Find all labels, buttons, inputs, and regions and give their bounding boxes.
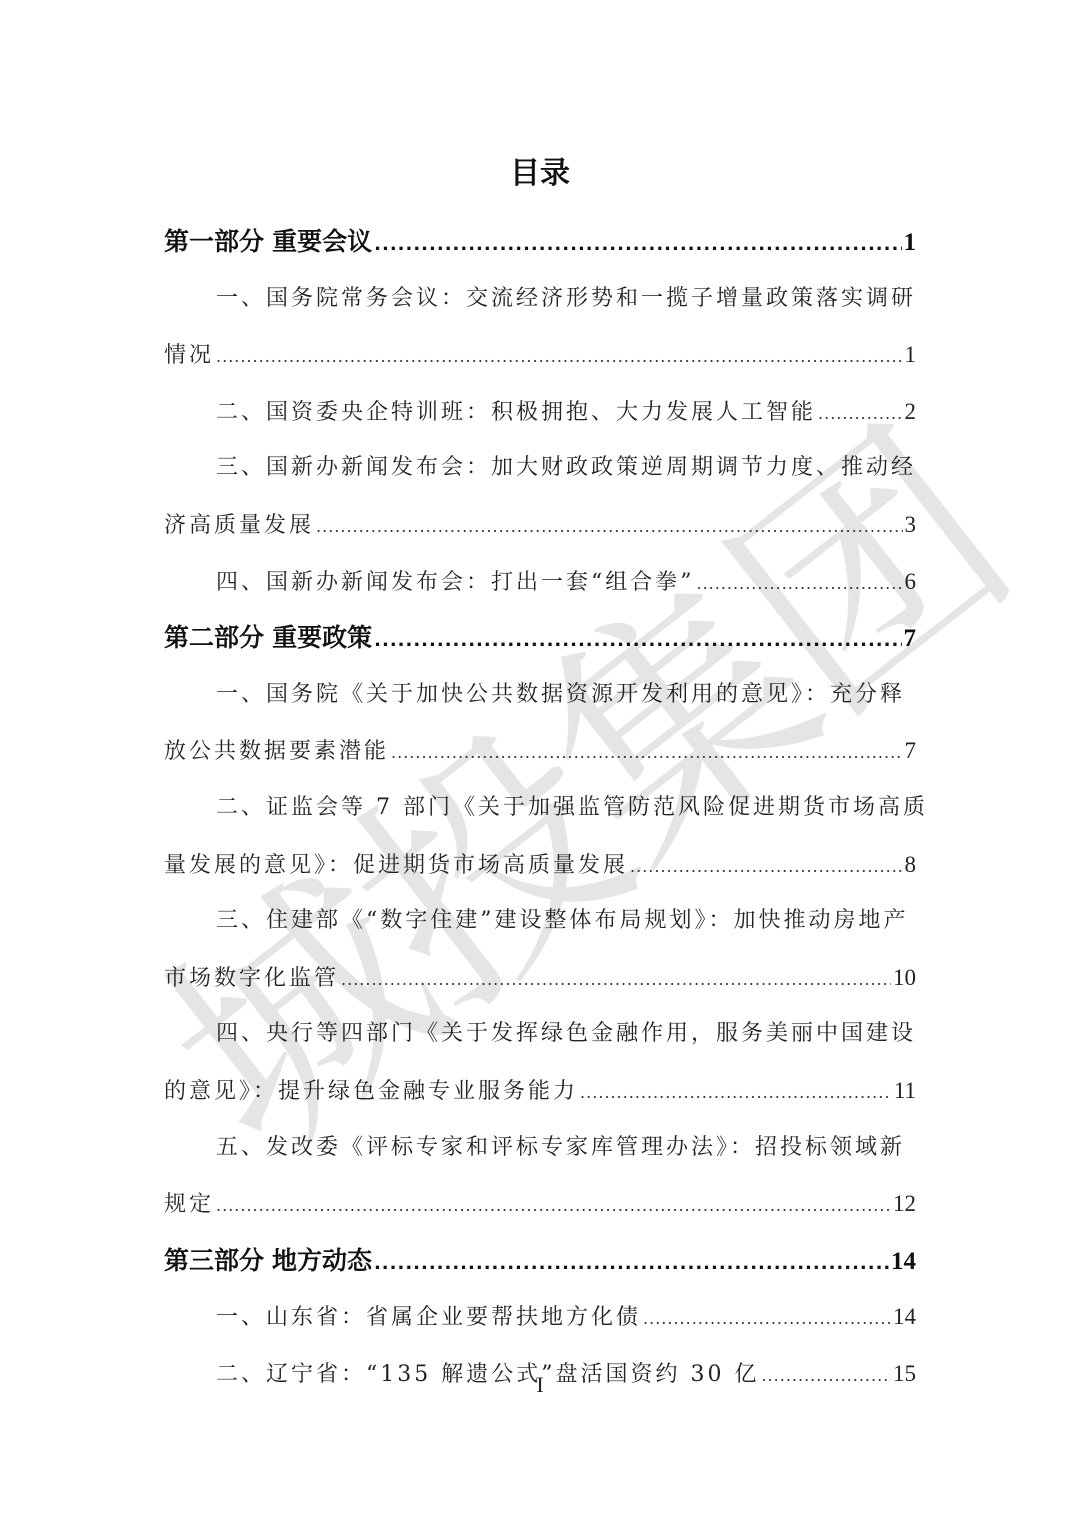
- document-page: 城投集团 目录 第一部分 重要会议 1 一、国务院常务会议：交流经济形势和一揽子…: [0, 0, 1080, 1526]
- leader-dots: [341, 952, 891, 1009]
- page-number: 7: [905, 723, 917, 780]
- page-number: 14: [891, 1234, 916, 1291]
- leader-dots: [697, 556, 903, 613]
- leader-dots: [374, 613, 901, 670]
- toc-entry[interactable]: 二、国资委央企特训班：积极拥抱、大力发展人工智能 2: [164, 384, 916, 441]
- toc-entry[interactable]: 二、证监会等 7 部门《关于加强监管防范风险促进期货市场高质: [164, 780, 916, 837]
- toc-part-2[interactable]: 第二部分 重要政策 7: [164, 610, 916, 667]
- part-label: 第三部分: [164, 1233, 264, 1290]
- toc-entry[interactable]: 四、央行等四部门《关于发挥绿色金融作用，服务美丽中国建设: [164, 1006, 916, 1063]
- page-number: 10: [893, 950, 916, 1007]
- page-number: 7: [904, 611, 917, 668]
- entry-title: 三、国新办新闻发布会：加大财政政策逆周期调节力度、推动经: [216, 440, 916, 497]
- page-title: 目录: [0, 148, 1080, 192]
- leader-dots: [630, 839, 902, 896]
- leader-dots: [374, 1236, 889, 1293]
- table-of-contents: 第一部分 重要会议 1 一、国务院常务会议：交流经济形势和一揽子增量政策落实调研…: [164, 214, 916, 1402]
- part-name: 重要会议: [272, 214, 372, 271]
- page-number: 14: [893, 1289, 916, 1346]
- leader-dots: [216, 329, 902, 386]
- entry-title-cont: 济高质量发展: [164, 498, 314, 555]
- part-label: 第一部分: [164, 214, 264, 271]
- toc-entry-continued[interactable]: 放公共数据要素潜能 7: [164, 723, 916, 780]
- entry-title: 一、山东省：省属企业要帮扶地方化债: [216, 1290, 641, 1347]
- page-number: 1: [904, 215, 917, 272]
- entry-title-cont: 情况: [164, 328, 214, 385]
- page-number: 12: [893, 1176, 916, 1233]
- entry-title: 五、发改委《评标专家和评标专家库管理办法》：招投标领域新: [216, 1120, 905, 1177]
- toc-entry-continued[interactable]: 规定 12: [164, 1176, 916, 1233]
- leader-dots: [391, 725, 902, 782]
- toc-entry[interactable]: 一、山东省：省属企业要帮扶地方化债 14: [164, 1289, 916, 1346]
- leader-dots: [316, 499, 902, 556]
- toc-entry-continued[interactable]: 的意见》：提升绿色金融专业服务能力 11: [164, 1063, 916, 1120]
- page-footer-number: I: [0, 1372, 1080, 1398]
- toc-entry[interactable]: 五、发改委《评标专家和评标专家库管理办法》：招投标领域新: [164, 1120, 916, 1177]
- leader-dots: [818, 386, 902, 443]
- page-number: 8: [905, 837, 917, 894]
- entry-title: 一、国务院常务会议：交流经济形势和一揽子增量政策落实调研: [216, 271, 916, 328]
- toc-entry-continued[interactable]: 济高质量发展 3: [164, 497, 916, 554]
- leader-dots: [643, 1291, 891, 1348]
- entry-title: 二、证监会等 7 部门《关于加强监管防范风险促进期货市场高质: [216, 780, 928, 837]
- entry-title-cont: 放公共数据要素潜能: [164, 724, 389, 781]
- toc-entry[interactable]: 一、国务院常务会议：交流经济形势和一揽子增量政策落实调研: [164, 271, 916, 328]
- page-number: 1: [905, 327, 917, 384]
- toc-entry[interactable]: 三、住建部《“数字住建”建设整体布局规划》：加快推动房地产: [164, 893, 916, 950]
- entry-title-cont: 的意见》：提升绿色金融专业服务能力: [164, 1064, 578, 1121]
- toc-entry[interactable]: 一、国务院《关于加快公共数据资源开发利用的意见》：充分释: [164, 667, 916, 724]
- page-number: 2: [905, 384, 917, 441]
- entry-title-cont: 量发展的意见》：促进期货市场高质量发展: [164, 838, 628, 895]
- entry-title: 四、国新办新闻发布会：打出一套“组合拳”: [216, 555, 695, 612]
- page-number: 11: [894, 1063, 916, 1120]
- toc-part-3[interactable]: 第三部分 地方动态 14: [164, 1233, 916, 1290]
- entry-title: 四、央行等四部门《关于发挥绿色金融作用，服务美丽中国建设: [216, 1006, 916, 1063]
- toc-entry-continued[interactable]: 市场数字化监管 10: [164, 950, 916, 1007]
- toc-entry-continued[interactable]: 量发展的意见》：促进期货市场高质量发展 8: [164, 837, 916, 894]
- entry-title-cont: 规定: [164, 1177, 214, 1234]
- toc-entry[interactable]: 三、国新办新闻发布会：加大财政政策逆周期调节力度、推动经: [164, 440, 916, 497]
- leader-dots: [580, 1065, 892, 1122]
- part-name: 地方动态: [272, 1233, 372, 1290]
- part-name: 重要政策: [272, 610, 372, 667]
- leader-dots: [216, 1178, 891, 1235]
- toc-part-1[interactable]: 第一部分 重要会议 1: [164, 214, 916, 271]
- entry-title-cont: 市场数字化监管: [164, 951, 339, 1008]
- page-number: 6: [905, 554, 917, 611]
- leader-dots: [374, 217, 901, 274]
- page-number: 3: [905, 497, 917, 554]
- part-label: 第二部分: [164, 610, 264, 667]
- entry-title: 二、国资委央企特训班：积极拥抱、大力发展人工智能: [216, 385, 816, 442]
- entry-title: 一、国务院《关于加快公共数据资源开发利用的意见》：充分释: [216, 667, 905, 724]
- toc-entry[interactable]: 四、国新办新闻发布会：打出一套“组合拳” 6: [164, 554, 916, 611]
- entry-title: 三、住建部《“数字住建”建设整体布局规划》：加快推动房地产: [216, 893, 909, 950]
- toc-entry-continued[interactable]: 情况 1: [164, 327, 916, 384]
